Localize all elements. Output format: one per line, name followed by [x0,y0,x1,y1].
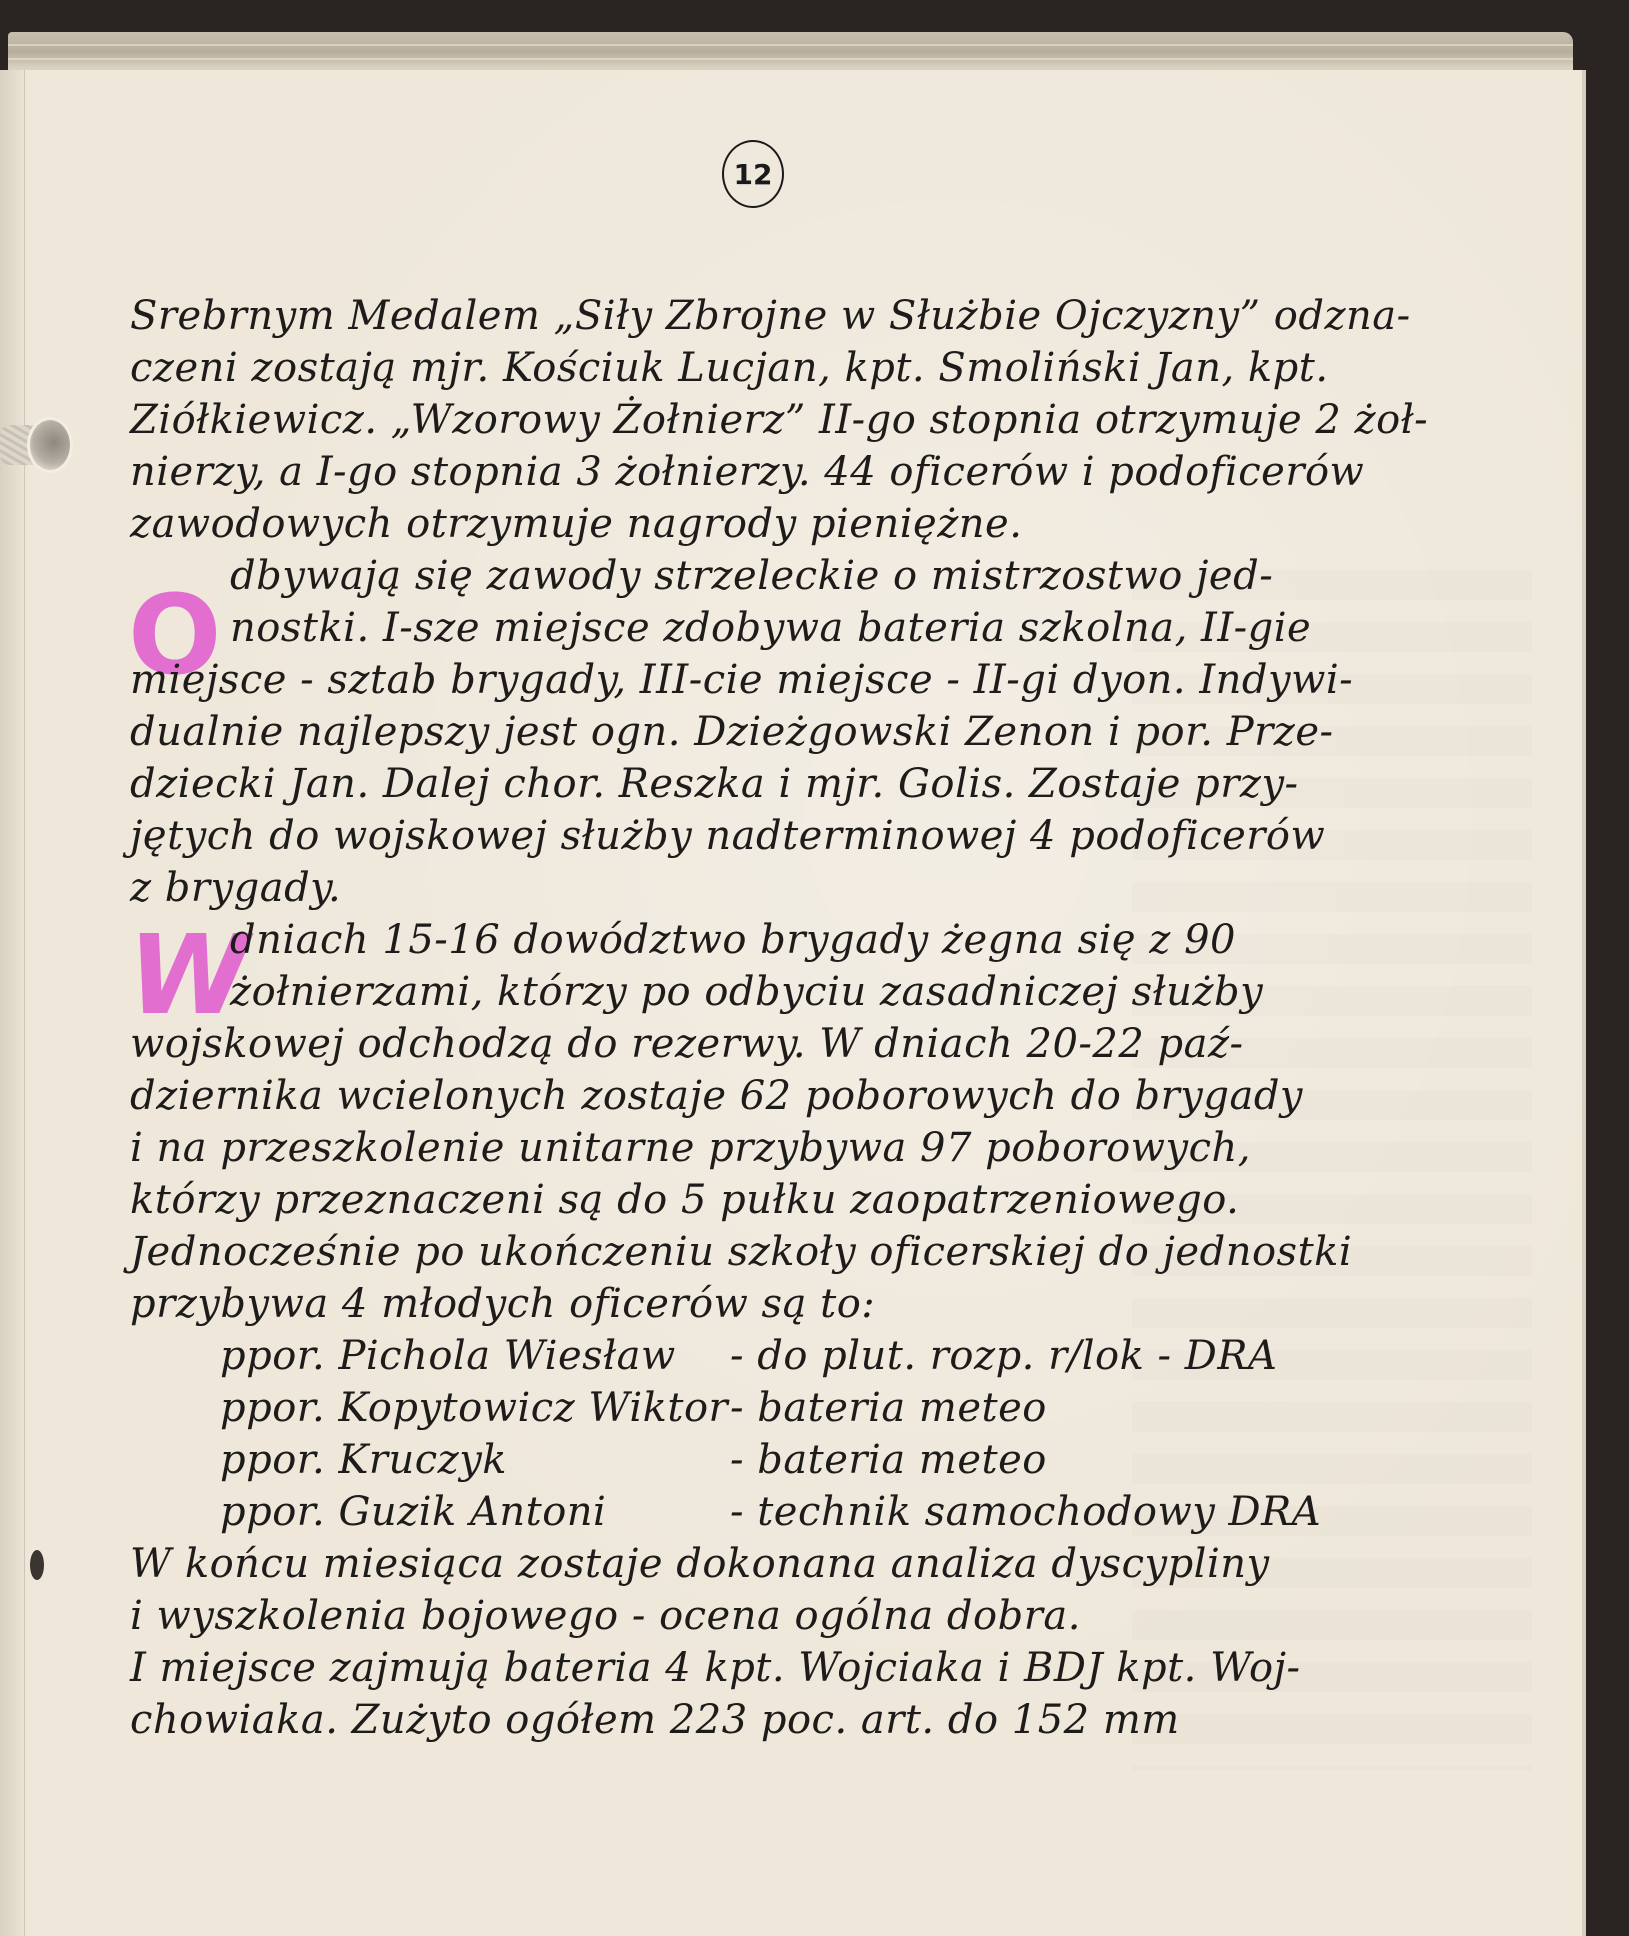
text-line: nostki. I-sze miejsce zdobywa bateria sz… [130,602,1420,654]
text-line: żołnierzami, którzy po odbyciu zasadnicz… [130,966,1420,1018]
officer-row: ppor. Kruczyk - bateria meteo [130,1434,1420,1486]
officer-name: ppor. Guzik Antoni [220,1486,730,1538]
officer-assignment: - bateria meteo [730,1434,1047,1486]
text-line: miejsce - sztab brygady, III-cie miejsce… [130,654,1420,706]
text-line: chowiaka. Zużyto ogółem 223 poc. art. do… [130,1694,1420,1746]
text-line: Srebrnym Medalem „Siły Zbrojne w Służbie… [130,290,1420,342]
officer-list: ppor. Pichola Wiesław - do plut. rozp. r… [130,1330,1420,1538]
text-line: dbywają się zawody strzeleckie o mistrzo… [130,550,1420,602]
page-number-badge: 12 [722,140,784,208]
officer-name: ppor. Pichola Wiesław [220,1330,730,1382]
text-line: którzy przeznaczeni są do 5 pułku zaopat… [130,1174,1420,1226]
paragraph-medals: Srebrnym Medalem „Siły Zbrojne w Służbie… [130,290,1420,550]
text-line: Ziółkiewicz. „Wzorowy Żołnierz” II-go st… [130,394,1420,446]
officer-row: ppor. Pichola Wiesław - do plut. rozp. r… [130,1330,1420,1382]
text-line: dziecki Jan. Dalej chor. Reszka i mjr. G… [130,758,1420,810]
page-number: 12 [734,158,773,191]
handwritten-text: Srebrnym Medalem „Siły Zbrojne w Służbie… [130,290,1420,1746]
paragraph-shooting-contest: dbywają się zawody strzeleckie o mistrzo… [130,550,1420,914]
officer-name: ppor. Kruczyk [220,1434,730,1486]
punch-hole-icon [30,1550,44,1580]
officer-assignment: - bateria meteo [730,1382,1047,1434]
text-line: dualnie najlepszy jest ogn. Dzieżgowski … [130,706,1420,758]
text-line: I miejsce zajmują bateria 4 kpt. Wojciak… [130,1642,1420,1694]
officer-name: ppor. Kopytowicz Wiktor [220,1382,730,1434]
officer-assignment: - do plut. rozp. r/lok - DRA [730,1330,1277,1382]
text-line: czeni zostają mjr. Kościuk Lucjan, kpt. … [130,342,1420,394]
text-line: W końcu miesiąca zostaje dokonana analiz… [130,1538,1420,1590]
text-line: dniach 15-16 dowództwo brygady żegna się… [130,914,1420,966]
binding-strip [0,70,25,1936]
text-line: i na przeszkolenie unitarne przybywa 97 … [130,1122,1420,1174]
paragraph-reserve-and-recruits: dniach 15-16 dowództwo brygady żegna się… [130,914,1420,1330]
text-line: i wyszkolenia bojowego - ocena ogólna do… [130,1590,1420,1642]
officer-row: ppor. Kopytowicz Wiktor - bateria meteo [130,1382,1420,1434]
officer-row: ppor. Guzik Antoni - technik samochodowy… [130,1486,1420,1538]
punch-hole-icon [30,420,70,470]
text-line: dziernika wcielonych zostaje 62 poborowy… [130,1070,1420,1122]
text-line: wojskowej odchodzą do rezerwy. W dniach … [130,1018,1420,1070]
text-line: Jednocześnie po ukończeniu szkoły oficer… [130,1226,1420,1278]
text-line: przybywa 4 młodych oficerów są to: [130,1278,1420,1330]
paragraph-discipline-analysis: W końcu miesiąca zostaje dokonana analiz… [130,1538,1420,1746]
text-line: z brygady. [130,862,1420,914]
text-line: jętych do wojskowej służby nadterminowej… [130,810,1420,862]
text-line: nierzy, a I-go stopnia 3 żołnierzy. 44 o… [130,446,1420,498]
officer-assignment: - technik samochodowy DRA [730,1486,1321,1538]
text-line: zawodowych otrzymuje nagrody pieniężne. [130,498,1420,550]
